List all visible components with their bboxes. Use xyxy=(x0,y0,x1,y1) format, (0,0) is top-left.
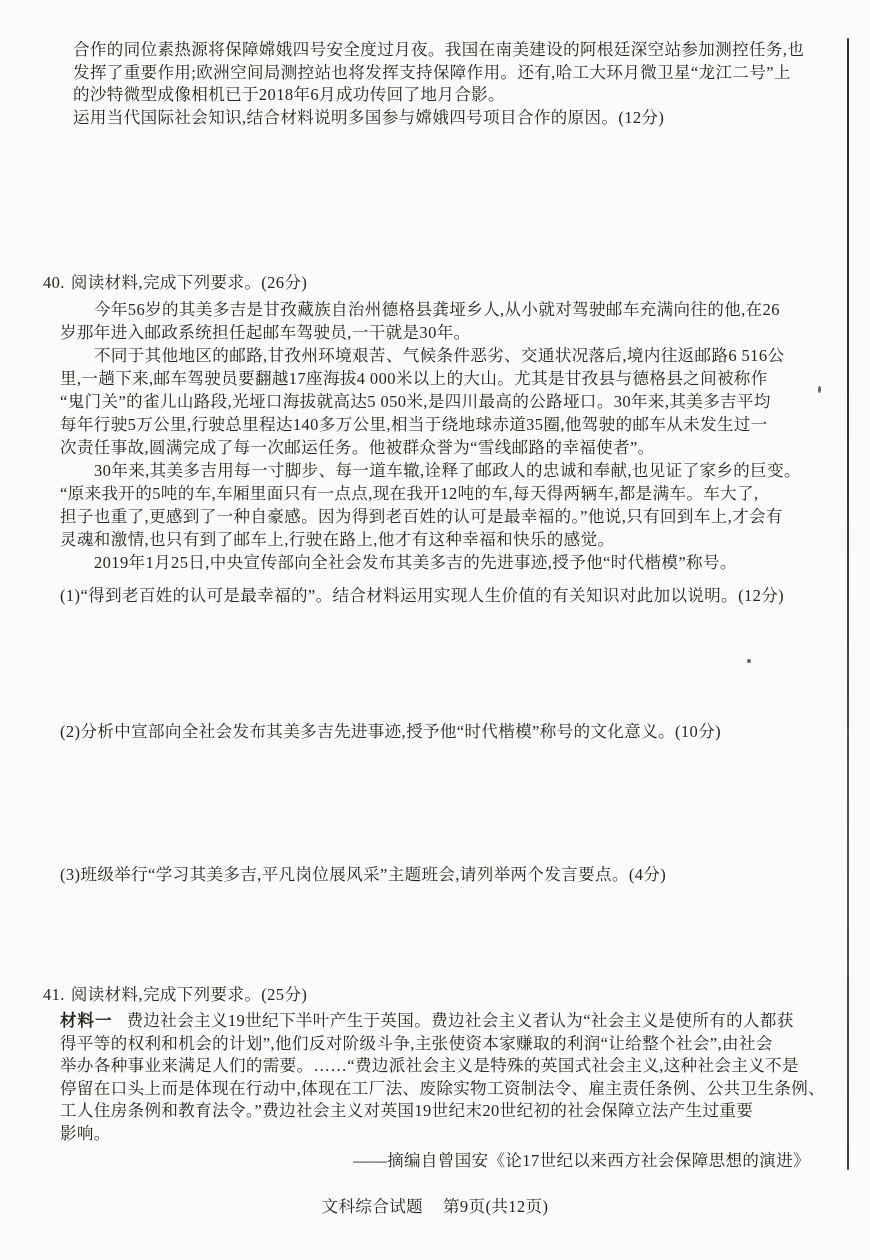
material-one-label: 材料一 xyxy=(60,1011,113,1030)
material-text-line: 岁那年进入邮政系统担任起邮车驾驶员,一干就是30年。 xyxy=(60,321,801,344)
scan-speck-artifact xyxy=(818,386,821,393)
material-text-line: “鬼门关”的雀儿山路段,光垭口海拔就高达5 050米,是四川最高的公路垭口。30… xyxy=(60,390,801,413)
material-text-line: 影响。 xyxy=(60,1123,825,1146)
material-text-line: 得平等的权利和机会的计划”,他们反对阶级斗争,主张使资本家赚取的利润“让给整个社… xyxy=(60,1033,825,1056)
material-text-line: 发挥了重要作用;欧洲空间局测控站也将发挥支持保障作用。还有,哈工大环月微卫星“龙… xyxy=(73,62,804,85)
material-text-line: 次责任事故,圆满完成了每一次邮运任务。他被群众誉为“雪线邮路的幸福使者”。 xyxy=(60,436,801,459)
question-heading: 40.阅读材料,完成下列要求。(26分) xyxy=(43,271,801,295)
material-text-line: 的沙特微型成像相机已于2018年6月成功传回了地月合影。 xyxy=(73,84,804,107)
scan-speck-artifact xyxy=(747,659,751,663)
material-text-line: 工人住房条例和教育法令。”费边社会主义对英国19世纪末20世纪初的社会保障立法产… xyxy=(60,1100,825,1123)
question-heading: 41.阅读材料,完成下列要求。(25分) xyxy=(43,983,825,1007)
question-41-material: 材料一费边社会主义19世纪下半叶产生于英国。费边社会主义者认为“社会主义是使所有… xyxy=(60,1010,825,1145)
material-text-line: 里,一趟下来,邮车驾驶员要翻越17座海拔4 000米以上的大山。尤其是甘孜县与德… xyxy=(60,367,801,390)
material-text-line: 举办各种事业来满足人们的需要。……“费边派社会主义是特殊的英国式社会主义,这种社… xyxy=(60,1055,825,1078)
material-text-line: 担子也重了,更感到了一种自豪感。因为得到老百姓的认可是最幸福的。”他说,只有回到… xyxy=(60,505,801,528)
question-stem: 阅读材料,完成下列要求。(26分) xyxy=(71,273,307,292)
material-text-line: 2019年1月25日,中央宣传部向全社会发布其美多吉的先进事迹,授予他“时代楷模… xyxy=(60,551,801,574)
question-number: 41. xyxy=(43,983,65,1007)
scan-edge-artifact xyxy=(847,38,849,1170)
question-40-material: 今年56岁的其美多吉是甘孜藏族自治州德格县龚垭乡人,从小就对驾驶邮车充满向往的他… xyxy=(60,298,801,574)
material-text-line: 合作的同位素热源将保障嫦娥四号安全度过月夜。我国在南美建设的阿根廷深空站参加测控… xyxy=(73,39,804,62)
footer-exam-title: 文科综合试题 xyxy=(322,1197,423,1216)
question-39-continuation: 合作的同位素热源将保障嫦娥四号安全度过月夜。我国在南美建设的阿根廷深空站参加测控… xyxy=(73,39,804,129)
source-attribution: ——摘编自曾国安《论17世纪以来西方社会保障思想的演进》 xyxy=(60,1149,810,1172)
material-text-line: 停留在口头上而是体现在行动中,体现在工厂法、废除实物工资制法令、雇主责任条例、公… xyxy=(60,1078,825,1101)
material-text-line: 每年行驶5万公里,行驶总里程达140多万公里,相当于绕地球赤道35圈,他驾驶的邮… xyxy=(60,413,801,436)
page-footer: 文科综合试题第9页(共12页) xyxy=(0,1196,870,1218)
footer-page-number: 第9页(共12页) xyxy=(443,1197,548,1216)
material-text-line: 灵魂和激情,也只有到了邮车上,行驶在路上,他才有这种幸福和快乐的感觉。 xyxy=(60,528,801,551)
material-text-line: “原来我开的5吨的车,车厢里面只有一点点,现在我开12吨的车,每天得两辆车,都是… xyxy=(60,482,801,505)
material-text-line: 不同于其他地区的邮路,甘孜州环境艰苦、气候条件恶劣、交通状况落后,境内往返邮路6… xyxy=(60,344,801,367)
sub-question-2: (2)分析中宣部向全社会发布其美多吉先进事迹,授予他“时代楷模”称号的文化意义。… xyxy=(60,720,721,743)
question-stem: 阅读材料,完成下列要求。(25分) xyxy=(71,985,307,1004)
question-41: 41.阅读材料,完成下列要求。(25分) 材料一费边社会主义19世纪下半叶产生于… xyxy=(43,983,825,1172)
question-stem: 运用当代国际社会知识,结合材料说明多国参与嫦娥四号项目合作的原因。(12分) xyxy=(73,107,804,130)
material-text-line: 30年来,其美多吉用每一寸脚步、每一道车辙,诠释了邮政人的忠诚和奉献,也见证了家… xyxy=(60,459,801,482)
question-number: 40. xyxy=(43,271,65,295)
sub-question-3: (3)班级举行“学习其美多吉,平凡岗位展风采”主题班会,请列举两个发言要点。(4… xyxy=(60,863,666,886)
sub-question-1: (1)“得到老百姓的认可是最幸福的”。结合材料运用实现人生价值的有关知识对此加以… xyxy=(60,584,784,607)
question-40: 40.阅读材料,完成下列要求。(26分) 今年56岁的其美多吉是甘孜藏族自治州德… xyxy=(43,271,801,574)
material-text-line: 材料一费边社会主义19世纪下半叶产生于英国。费边社会主义者认为“社会主义是使所有… xyxy=(60,1010,825,1033)
material-text-line: 今年56岁的其美多吉是甘孜藏族自治州德格县龚垭乡人,从小就对驾驶邮车充满向往的他… xyxy=(60,298,801,321)
exam-page: 合作的同位素热源将保障嫦娥四号安全度过月夜。我国在南美建设的阿根廷深空站参加测控… xyxy=(0,0,870,1260)
